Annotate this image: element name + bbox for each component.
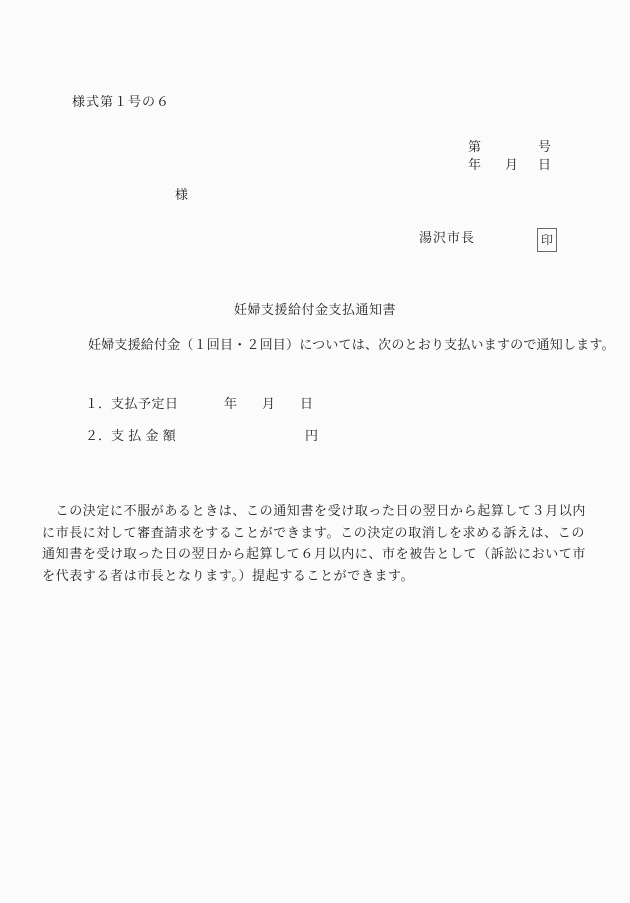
payment-amount-label: 支 払 金 額 <box>111 428 176 443</box>
notice-line: この決定に不服があるときは、この通知書を受け取った日の翌日から起算して３月以内 <box>42 500 602 522</box>
notice-line: に市長に対して審査請求をすることができます。この決定の取消しを求める訴えは、この <box>42 522 602 544</box>
doc-number-suffix-label: 号 <box>538 140 551 153</box>
payment-date-month-label: 月 <box>262 397 275 410</box>
seal-box: 印 <box>537 228 557 252</box>
date-day-label: 日 <box>538 158 551 171</box>
item-number: １． <box>85 396 111 411</box>
item-number: ２． <box>85 428 111 443</box>
payment-amount-item: ２．支 払 金 額 <box>85 429 176 442</box>
issuer-title-label: 湯沢市長 <box>419 231 475 244</box>
document-title: 妊婦支援給付金支払通知書 <box>0 303 630 316</box>
payment-date-label: 支払予定日 <box>111 396 179 411</box>
doc-number-prefix-label: 第 <box>468 140 481 153</box>
payment-date-year-label: 年 <box>224 397 237 410</box>
payment-date-item: １．支払予定日 <box>85 397 179 410</box>
date-month-label: 月 <box>505 158 518 171</box>
intro-paragraph: 妊婦支援給付金（１回目・２回目）については、次のとおり支払いますので通知します。 <box>88 338 615 351</box>
document-page: 様式第１号の６ 第 号 年 月 日 様 湯沢市長 印 妊婦支援給付金支払通知書 … <box>0 0 630 903</box>
addressee-honorific-label: 様 <box>175 188 188 201</box>
notice-line: 通知書を受け取った日の翌日から起算して６月以内に、市を被告として（訴訟において市 <box>42 543 602 565</box>
notice-line: を代表する者は市長となります。）提起することができます。 <box>42 565 602 587</box>
form-number-label: 様式第１号の６ <box>72 95 170 108</box>
date-year-label: 年 <box>468 158 481 171</box>
appeal-notice-paragraph: この決定に不服があるときは、この通知書を受け取った日の翌日から起算して３月以内 … <box>42 500 602 586</box>
seal-placeholder-label: 印 <box>541 234 553 246</box>
payment-date-day-label: 日 <box>300 397 313 410</box>
payment-amount-unit-label: 円 <box>305 429 318 442</box>
